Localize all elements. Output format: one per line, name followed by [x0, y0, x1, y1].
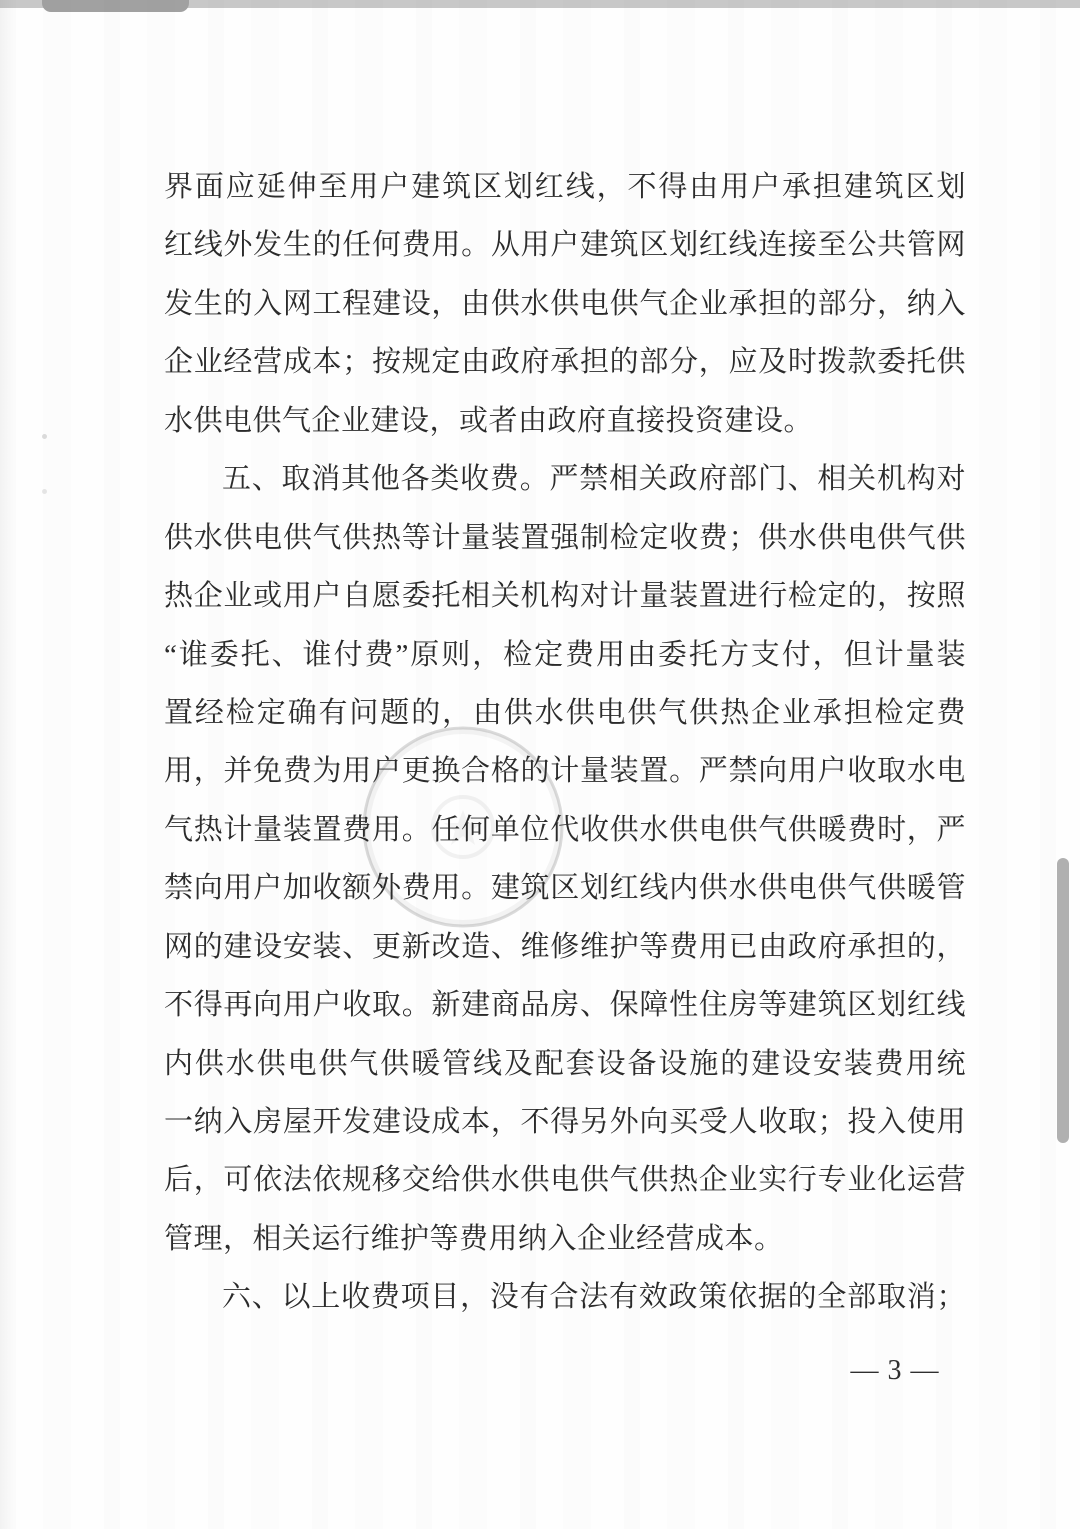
text-line: 气热计量装置费用。任何单位代收供水供电供气供暖费时，严	[164, 801, 966, 859]
page-number: — 3 —	[836, 1350, 954, 1392]
text-line: 热企业或用户自愿委托相关机构对计量装置进行检定的，按照	[164, 567, 966, 625]
text-line: 不得再向用户收取。新建商品房、保障性住房等建筑区划红线	[164, 976, 966, 1034]
paper-speck	[42, 434, 47, 439]
text-line: 界面应延伸至用户建筑区划红线，不得由用户承担建筑区划	[164, 158, 966, 216]
window-grab-handle	[42, 0, 189, 12]
text-line: 内供水供电供气供暖管线及配套设备设施的建设安装费用统	[164, 1035, 966, 1093]
text-line: 用，并免费为用户更换合格的计量装置。严禁向用户收取水电	[164, 742, 966, 800]
document-body: 界面应延伸至用户建筑区划红线，不得由用户承担建筑区划 红线外发生的任何费用。从用…	[164, 158, 966, 1327]
text-line: 置经检定确有问题的，由供水供电供气供热企业承担检定费	[164, 684, 966, 742]
text-line: 红线外发生的任何费用。从用户建筑区划红线连接至公共管网	[164, 216, 966, 274]
text-line: 六、以上收费项目，没有合法有效政策依据的全部取消；	[164, 1268, 966, 1326]
text-line: 企业经营成本；按规定由政府承担的部分，应及时拨款委托供	[164, 333, 966, 391]
text-line: “谁委托、谁付费”原则，检定费用由委托方支付，但计量装	[164, 626, 966, 684]
text-line: 五、取消其他各类收费。严禁相关政府部门、相关机构对	[164, 450, 966, 508]
text-line: 一纳入房屋开发建设成本，不得另外向买受人收取；投入使用	[164, 1093, 966, 1151]
text-line: 水供电供气企业建设，或者由政府直接投资建设。	[164, 392, 966, 450]
text-line: 网的建设安装、更新改造、维修维护等费用已由政府承担的，	[164, 918, 966, 976]
text-line: 禁向用户加收额外费用。建筑区划红线内供水供电供气供暖管	[164, 859, 966, 917]
scrollbar-thumb[interactable]	[1057, 858, 1069, 1143]
paper-speck	[42, 489, 47, 494]
text-line: 管理，相关运行维护等费用纳入企业经营成本。	[164, 1210, 966, 1268]
text-line: 发生的入网工程建设，由供水供电供气企业承担的部分，纳入	[164, 275, 966, 333]
text-line: 供水供电供气供热等计量装置强制检定收费；供水供电供气供	[164, 509, 966, 567]
text-line: 后，可依法依规移交给供水供电供气供热企业实行专业化运营	[164, 1151, 966, 1209]
